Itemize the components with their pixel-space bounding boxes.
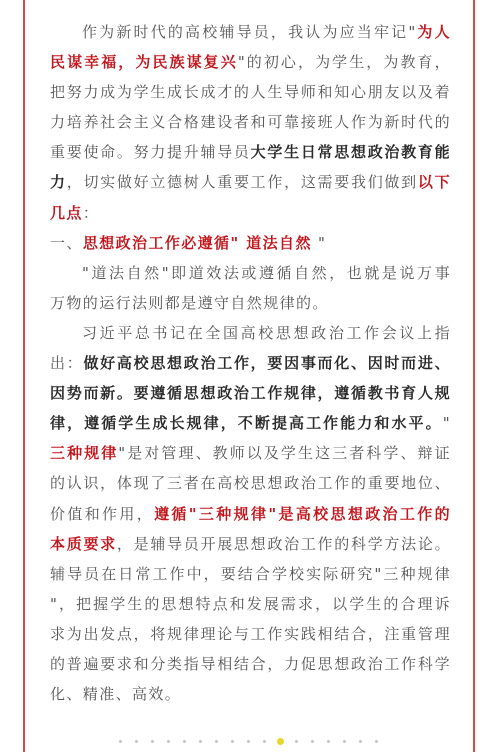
text-line: 的认识，体现了三者在高校思想政治工作的重要地位、 <box>50 468 451 498</box>
text-line: 律，遵循学生成长规律，不断提高工作能力和水平。" <box>50 408 451 438</box>
page-indicator <box>119 737 391 745</box>
page-dot[interactable] <box>231 740 234 743</box>
text-line: 一、思想政治工作必遵循" 道法自然 " <box>50 228 451 258</box>
body-text: " <box>443 414 451 432</box>
highlight-red-text: 本质要求 <box>50 535 117 553</box>
emphasis-bold-text: 大学生日常思想政治教育能 <box>251 143 451 161</box>
highlight-red-text: 三种规律 <box>50 444 118 462</box>
body-text: "，把握学生的思想特点和发展需求，以学生的合理诉 <box>50 595 451 613</box>
text-line: 求为出发点，将规律理论与工作实践相结合，注重管理 <box>50 619 451 649</box>
highlight-red-text: 为人 <box>417 23 451 41</box>
body-text: " <box>312 234 326 252</box>
page-dot[interactable] <box>247 740 250 743</box>
body-text: 化、精准、高效。 <box>50 685 181 703</box>
page-dot[interactable] <box>311 740 314 743</box>
body-text: 的普遍要求和分类指导相结合，力促思想政治工作科学 <box>50 655 451 673</box>
highlight-red-text: 民谋幸福，为民族谋复兴 <box>50 53 238 71</box>
text-line: 因势而新。要遵循思想政治工作规律，遵循教书育人规 <box>50 378 451 408</box>
body-text: ： <box>83 204 99 222</box>
text-line: 力培养社会主义合格建设者和可靠接班人作为新时代的 <box>50 107 451 137</box>
text-line: 三种规律"是对管理、教师以及学生这三者科学、辩证 <box>50 438 451 468</box>
page-dot[interactable] <box>263 740 266 743</box>
body-text: 求为出发点，将规律理论与工作实践相结合，注重管理 <box>50 625 451 643</box>
text-line: 把努力成为学生成长成才的人生导师和知心朋友以及着 <box>50 77 451 107</box>
emphasis-bold-text: 因势而新。要遵循思想政治工作规律，遵循教书育人规 <box>50 384 451 402</box>
body-text: 价值和作用， <box>50 505 154 523</box>
highlight-red-text: 以下 <box>418 173 451 191</box>
body-text: "的初心，为学生，为教育， <box>238 53 451 71</box>
page-dot[interactable] <box>359 740 362 743</box>
text-line: 习近平总书记在全国高校思想政治工作会议上指 <box>50 318 451 348</box>
page-dot[interactable] <box>183 740 186 743</box>
body-text: ，切实做好立德树人重要工作，这需要我们做到 <box>67 173 418 191</box>
highlight-red-text: 几点 <box>50 204 83 222</box>
body-text: 力培养社会主义合格建设者和可靠接班人作为新时代的 <box>50 113 451 131</box>
text-line: 出：做好高校思想政治工作，要因事而化、因时而进、 <box>50 348 451 378</box>
body-text: 重要使命。努力提升辅导员 <box>50 143 251 161</box>
page-dot[interactable] <box>119 740 122 743</box>
text-line: 的普遍要求和分类指导相结合，力促思想政治工作科学 <box>50 649 451 679</box>
body-text: 一、 <box>50 234 83 252</box>
text-line: 力，切实做好立德树人重要工作，这需要我们做到以下 <box>50 167 451 197</box>
text-line: 价值和作用，遵循"三种规律"是高校思想政治工作的 <box>50 499 451 529</box>
text-line: 本质要求，是辅导员开展思想政治工作的科学方法论。 <box>50 529 451 559</box>
body-text: 作为新时代的高校辅导员，我认为应当牢记" <box>82 23 417 41</box>
text-line: 几点： <box>50 198 451 228</box>
body-text: "道法自然"即道效法或遵循自然，也就是说万事 <box>82 264 451 282</box>
page-dot[interactable] <box>215 740 218 743</box>
page-dot[interactable] <box>151 740 154 743</box>
highlight-red-text: 思想政治工作必遵循" 道法自然 <box>83 234 312 252</box>
body-text: ，是辅导员开展思想政治工作的科学方法论。 <box>117 535 451 553</box>
body-text: 辅导员在日常工作中，要结合学校实际研究"三种规律 <box>50 565 451 583</box>
text-line: 重要使命。努力提升辅导员大学生日常思想政治教育能 <box>50 137 451 167</box>
page-dot[interactable] <box>135 740 138 743</box>
text-line: "，把握学生的思想特点和发展需求，以学生的合理诉 <box>50 589 451 619</box>
text-line: 辅导员在日常工作中，要结合学校实际研究"三种规律 <box>50 559 451 589</box>
text-line: 民谋幸福，为民族谋复兴"的初心，为学生，为教育， <box>50 47 451 77</box>
article-body: 作为新时代的高校辅导员，我认为应当牢记"为人民谋幸福，为民族谋复兴"的初心，为学… <box>50 17 451 709</box>
page-dot[interactable] <box>295 740 298 743</box>
page-dot[interactable] <box>375 740 378 743</box>
body-text: 万物的运行法则都是遵守自然规律的。 <box>50 294 329 312</box>
page-dot-active[interactable] <box>277 738 284 745</box>
page-dot[interactable] <box>167 740 170 743</box>
emphasis-bold-text: 力 <box>50 173 67 191</box>
body-text: "是对管理、教师以及学生这三者科学、辩证 <box>118 444 451 462</box>
body-text: 习近平总书记在全国高校思想政治工作会议上指 <box>82 324 451 342</box>
page-dot[interactable] <box>327 740 330 743</box>
page-dot[interactable] <box>199 740 202 743</box>
body-text: 出： <box>50 354 83 372</box>
emphasis-bold-text: 做好高校思想政治工作，要因事而化、因时而进、 <box>83 354 451 372</box>
text-line: 万物的运行法则都是遵守自然规律的。 <box>50 288 451 318</box>
text-line: 作为新时代的高校辅导员，我认为应当牢记"为人 <box>50 17 451 47</box>
text-line: "道法自然"即道效法或遵循自然，也就是说万事 <box>50 258 451 288</box>
emphasis-bold-text: 律，遵循学生成长规律，不断提高工作能力和水平。 <box>50 414 443 432</box>
text-line: 化、精准、高效。 <box>50 679 451 709</box>
body-text: 的认识，体现了三者在高校思想政治工作的重要地位、 <box>50 474 451 492</box>
body-text: 把努力成为学生成长成才的人生导师和知心朋友以及着 <box>50 83 451 101</box>
page-dot[interactable] <box>343 740 346 743</box>
highlight-red-text: 遵循"三种规律"是高校思想政治工作的 <box>154 505 451 523</box>
